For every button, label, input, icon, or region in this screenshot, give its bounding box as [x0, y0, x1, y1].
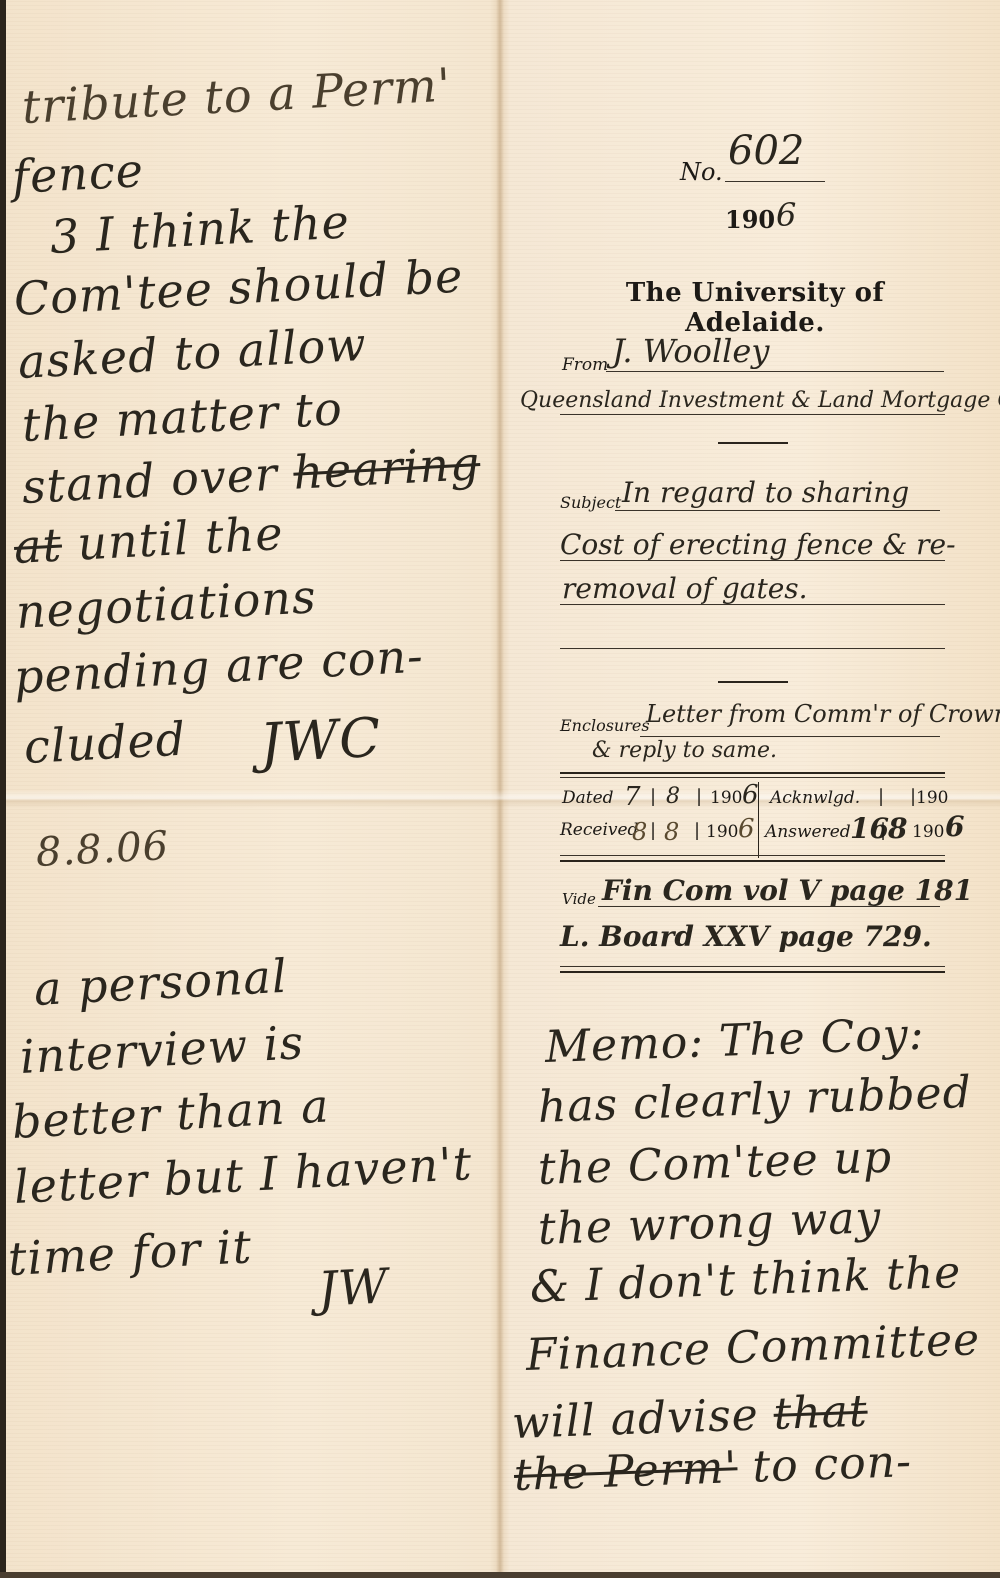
- signature: JW: [317, 1258, 390, 1318]
- subject-rule: [560, 604, 945, 605]
- received-year-suffix: 6: [738, 814, 755, 844]
- enclosures-label: Enclosures: [560, 716, 650, 735]
- section-divider: [718, 442, 788, 444]
- memo-text: to con-: [752, 1436, 913, 1493]
- number-rule: [725, 181, 825, 182]
- note-line: fence: [11, 143, 146, 204]
- enclosures-rule: [640, 736, 940, 737]
- struck-text: at: [13, 518, 64, 574]
- dated-year-prefix: 190: [710, 788, 742, 808]
- register-rule-top-2: [560, 777, 945, 778]
- signature: JWC: [258, 706, 383, 775]
- vide-rule-bottom: [560, 966, 945, 967]
- acknowledged-year-prefix: 190: [916, 788, 948, 808]
- dated-month: 8: [666, 784, 680, 809]
- vide-line: Fin Com vol V page 181: [602, 874, 973, 907]
- dated-label: Dated: [562, 788, 614, 808]
- received-month: 8: [664, 818, 679, 846]
- number-label: No.: [680, 158, 723, 186]
- struck-text: that: [773, 1386, 869, 1440]
- subject-line: Cost of erecting fence & re-: [560, 528, 956, 561]
- received-day: 8: [632, 818, 647, 846]
- acknowledged-label: Acknwlgd.: [770, 788, 860, 808]
- from-name: J. Woolley: [612, 332, 769, 370]
- register-rule-top: [560, 772, 945, 774]
- subject-rule: [560, 648, 945, 649]
- separator: |: [878, 786, 884, 807]
- vide-rule-bottom-2: [560, 971, 945, 973]
- section-divider: [718, 681, 788, 683]
- received-year-prefix: 190: [706, 822, 738, 842]
- dated-day: 7: [624, 782, 641, 812]
- vide-label: Vide: [562, 890, 596, 908]
- answered-month: 8: [888, 812, 907, 845]
- enclosures-line: Letter from Comm'r of Crown lands: [646, 700, 1000, 728]
- struck-text: the Perm': [513, 1442, 738, 1501]
- year-printed: 190: [725, 205, 775, 234]
- vertical-fold: [496, 0, 504, 1578]
- subject-rule: [560, 560, 945, 561]
- answered-year-suffix: 6: [945, 810, 964, 843]
- separator: |: [880, 820, 886, 841]
- register-rule-bottom: [560, 855, 945, 856]
- memo-text: will advise: [511, 1389, 759, 1449]
- note-line: cluded: [23, 712, 188, 774]
- answered-year-prefix: 190: [912, 822, 944, 842]
- separator: |: [650, 820, 656, 841]
- bottom-edge-shadow: [0, 1572, 1000, 1578]
- from-label: From: [562, 355, 608, 375]
- year-written: 6: [776, 196, 796, 234]
- dated-year-suffix: 6: [742, 780, 759, 810]
- subject-line: removal of gates.: [562, 572, 808, 605]
- subject-rule: [615, 510, 940, 511]
- struck-text: hearing: [292, 436, 482, 500]
- subject-line: In regard to sharing: [622, 476, 909, 509]
- enclosures-line: & reply to same.: [592, 738, 777, 763]
- vide-rule: [598, 906, 940, 907]
- date-note: 8.8.06: [35, 823, 170, 876]
- answered-label: Answered: [765, 822, 851, 842]
- left-edge-shadow: [0, 0, 6, 1578]
- number-value: 602: [728, 128, 804, 174]
- from-rule: [606, 371, 944, 372]
- subject-label: Subject: [560, 493, 621, 512]
- from-company: Queensland Investment & Land Mortgage Co: [520, 388, 1000, 413]
- separator: |: [694, 820, 700, 841]
- received-label: Received: [560, 820, 638, 840]
- register-rule-bottom-2: [560, 860, 945, 862]
- institution-title: The University of Adelaide.: [560, 278, 950, 338]
- vide-line: L. Board XXV page 729.: [560, 920, 932, 953]
- separator: |: [696, 786, 702, 807]
- separator: |: [650, 786, 656, 807]
- from-rule-2: [560, 414, 945, 415]
- note-text: until the: [76, 506, 285, 571]
